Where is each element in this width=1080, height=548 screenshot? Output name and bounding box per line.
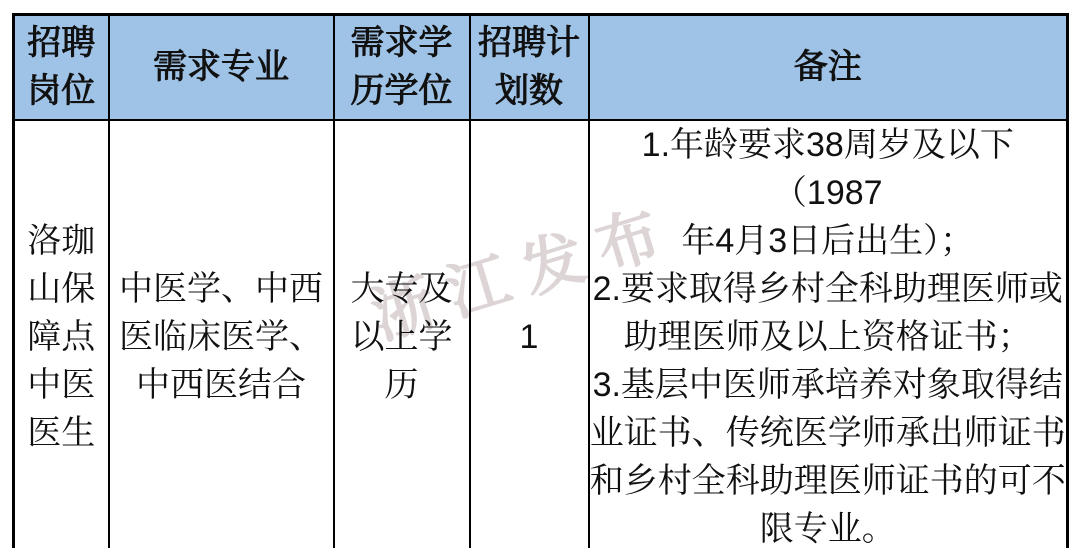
page: 浙江发布 招聘 岗位 需求专业 需求学 历学位 招聘计 划数 备注 洛珈 山保 …: [0, 0, 1080, 548]
header-plan-count: 招聘计 划数: [470, 15, 589, 120]
table-row: 洛珈 山保 障点 中医 医生 中医学、中西 医临床医学、 中西医结合 大专及 以…: [14, 120, 1068, 548]
header-remarks: 备注: [589, 15, 1068, 120]
header-required-major: 需求专业: [109, 15, 334, 120]
cell-remarks: 1.年龄要求38周岁及以下（1987 年4月3日后出生）； 2.要求取得乡村全科…: [589, 120, 1068, 548]
cell-recruit-position: 洛珈 山保 障点 中医 医生: [14, 120, 109, 548]
cell-required-education: 大专及 以上学 历: [334, 120, 470, 548]
cell-plan-count: 1: [470, 120, 589, 548]
cell-required-major: 中医学、中西 医临床医学、 中西医结合: [109, 120, 334, 548]
table-header-row: 招聘 岗位 需求专业 需求学 历学位 招聘计 划数 备注: [14, 15, 1068, 120]
recruitment-table: 招聘 岗位 需求专业 需求学 历学位 招聘计 划数 备注 洛珈 山保 障点 中医…: [12, 13, 1069, 548]
header-required-education: 需求学 历学位: [334, 15, 470, 120]
header-recruit-position: 招聘 岗位: [14, 15, 109, 120]
